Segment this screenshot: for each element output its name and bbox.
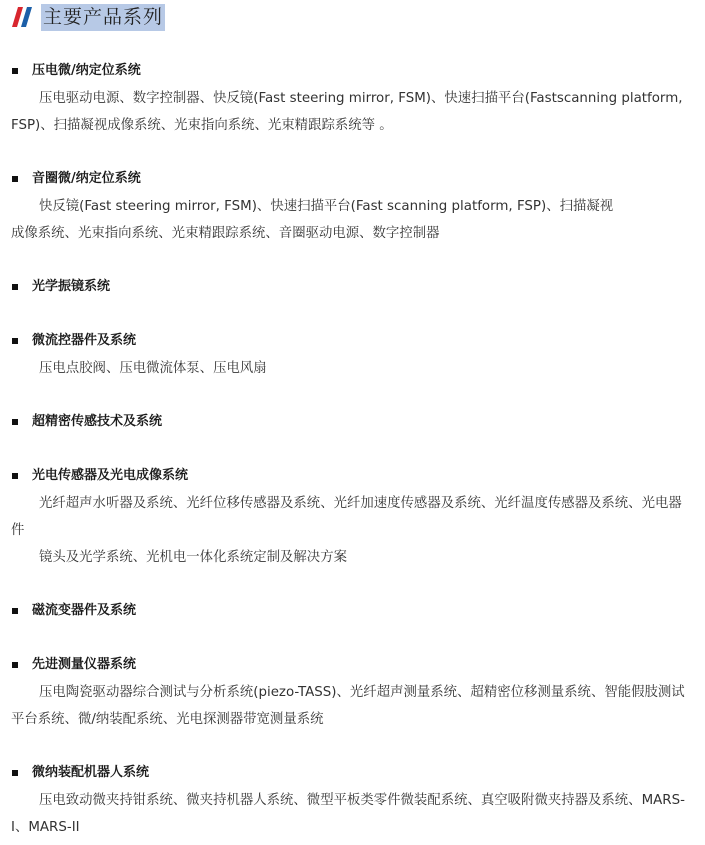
section-paragraph: 快反镜(Fast steering mirror, FSM)、快速扫描平台(Fa…: [0, 193, 705, 247]
product-section: 光学振镜系统: [0, 274, 705, 301]
section-paragraph: 压电驱动电源、数字控制器、快反镜(Fast steering mirror, F…: [0, 85, 705, 139]
product-section: 微纳装配机器人系统 压电致动微夹持钳系统、微夹持机器人系统、微型平板类零件微装配…: [0, 760, 705, 841]
section-paragraph: 压电陶瓷驱动器综合测试与分析系统(piezo-TASS)、光纤超声测量系统、超精…: [0, 679, 705, 733]
section-title: 光学振镜系统: [32, 277, 110, 297]
square-bullet-icon: [12, 770, 18, 776]
section-heading: 微流控器件及系统: [0, 328, 705, 355]
product-section: 光电传感器及光电成像系统 光纤超声水听器及系统、光纤位移传感器及系统、光纤加速度…: [0, 463, 705, 571]
section-heading: 音圈微/纳定位系统: [0, 166, 705, 193]
square-bullet-icon: [12, 284, 18, 290]
section-title: 磁流变器件及系统: [32, 601, 136, 621]
section-header: 主要产品系列: [12, 2, 165, 32]
section-heading: 磁流变器件及系统: [0, 598, 705, 625]
square-bullet-icon: [12, 419, 18, 425]
page-title: 主要产品系列: [41, 4, 165, 31]
section-title: 微纳装配机器人系统: [32, 763, 149, 783]
square-bullet-icon: [12, 608, 18, 614]
product-section: 压电微/纳定位系统 压电驱动电源、数字控制器、快反镜(Fast steering…: [0, 58, 705, 139]
section-paragraph: 镜头及光学系统、光机电一体化系统定制及解决方案: [0, 544, 705, 571]
section-heading: 光电传感器及光电成像系统: [0, 463, 705, 490]
section-paragraph: 光纤超声水听器及系统、光纤位移传感器及系统、光纤加速度传感器及系统、光纤温度传感…: [0, 490, 705, 544]
square-bullet-icon: [12, 338, 18, 344]
section-heading: 微纳装配机器人系统: [0, 760, 705, 787]
product-section: 磁流变器件及系统: [0, 598, 705, 625]
double-slash-icon: [12, 5, 34, 29]
product-list: 压电微/纳定位系统 压电驱动电源、数字控制器、快反镜(Fast steering…: [0, 58, 705, 841]
product-section: 音圈微/纳定位系统 快反镜(Fast steering mirror, FSM)…: [0, 166, 705, 247]
section-heading: 超精密传感技术及系统: [0, 409, 705, 436]
section-heading: 光学振镜系统: [0, 274, 705, 301]
square-bullet-icon: [12, 473, 18, 479]
square-bullet-icon: [12, 662, 18, 668]
section-paragraph: 压电点胶阀、压电微流体泵、压电风扇: [0, 355, 705, 382]
section-title: 音圈微/纳定位系统: [32, 169, 141, 189]
product-section: 微流控器件及系统 压电点胶阀、压电微流体泵、压电风扇: [0, 328, 705, 382]
square-bullet-icon: [12, 68, 18, 74]
product-section: 先进测量仪器系统 压电陶瓷驱动器综合测试与分析系统(piezo-TASS)、光纤…: [0, 652, 705, 733]
section-heading: 先进测量仪器系统: [0, 652, 705, 679]
section-paragraph: 压电致动微夹持钳系统、微夹持机器人系统、微型平板类零件微装配系统、真空吸附微夹持…: [0, 787, 705, 841]
section-heading: 压电微/纳定位系统: [0, 58, 705, 85]
section-title: 先进测量仪器系统: [32, 655, 136, 675]
product-section: 超精密传感技术及系统: [0, 409, 705, 436]
section-title: 超精密传感技术及系统: [32, 412, 162, 432]
section-title: 压电微/纳定位系统: [32, 61, 141, 81]
square-bullet-icon: [12, 176, 18, 182]
section-title: 微流控器件及系统: [32, 331, 136, 351]
section-title: 光电传感器及光电成像系统: [32, 466, 188, 486]
